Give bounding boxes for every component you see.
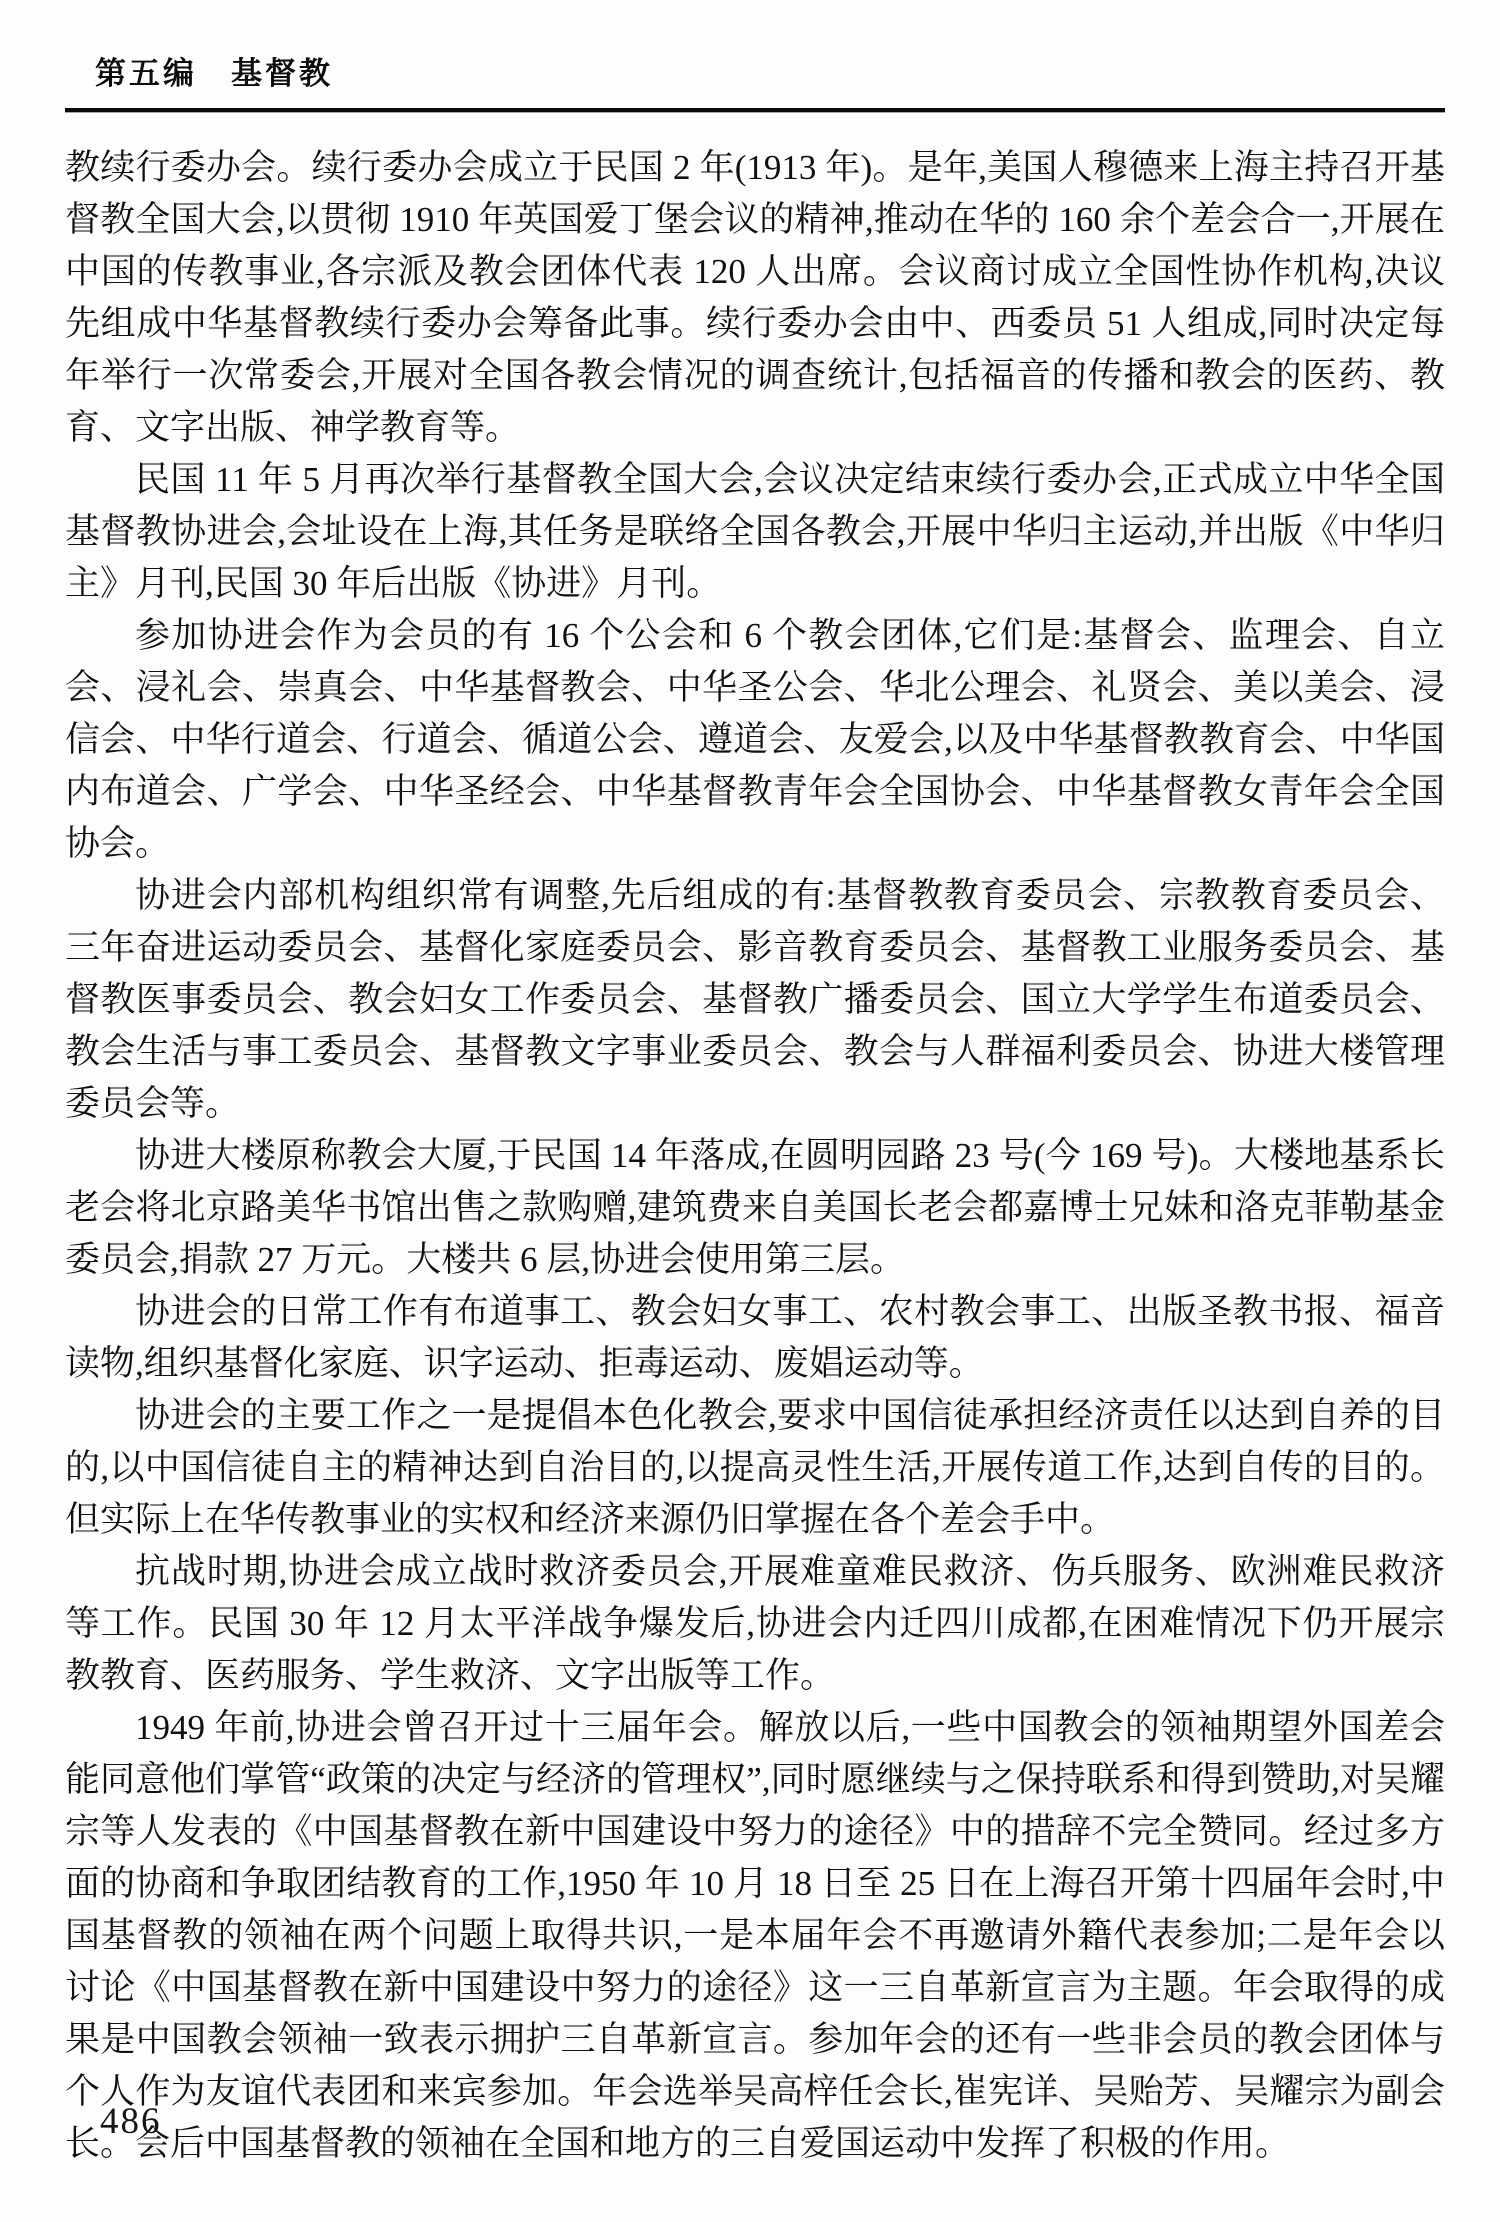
- page-number: 486: [100, 2100, 162, 2143]
- paragraph-continuation: 教续行委办会。续行委办会成立于民国 2 年(1913 年)。是年,美国人穆德来上…: [65, 142, 1445, 454]
- paragraph: 协进大楼原称教会大厦,于民国 14 年落成,在圆明园路 23 号(今 169 号…: [65, 1130, 1445, 1286]
- paragraph: 1949 年前,协进会曾召开过十三届年会。解放以后,一些中国教会的领袖期望外国差…: [65, 1702, 1445, 2170]
- paragraph: 协进会内部机构组织常有调整,先后组成的有:基督教教育委员会、宗教教育委员会、三年…: [65, 870, 1445, 1130]
- paragraph: 民国 11 年 5 月再次举行基督教全国大会,会议决定结束续行委办会,正式成立中…: [65, 454, 1445, 610]
- book-page: 第五编 基督教 教续行委办会。续行委办会成立于民国 2 年(1913 年)。是年…: [0, 0, 1500, 2222]
- paragraph: 协进会的日常工作有布道事工、教会妇女事工、农村教会事工、出版圣教书报、福音读物,…: [65, 1286, 1445, 1390]
- running-header-title: 第五编 基督教: [95, 56, 1445, 93]
- header-rule: [65, 108, 1445, 112]
- paragraph: 协进会的主要工作之一是提倡本色化教会,要求中国信徒承担经济责任以达到自养的目的,…: [65, 1390, 1445, 1546]
- paragraph: 抗战时期,协进会成立战时救济委员会,开展难童难民救济、伤兵服务、欧洲难民救济等工…: [65, 1546, 1445, 1702]
- page-body: 教续行委办会。续行委办会成立于民国 2 年(1913 年)。是年,美国人穆德来上…: [65, 142, 1445, 2170]
- paragraph: 参加协进会作为会员的有 16 个公会和 6 个教会团体,它们是:基督会、监理会、…: [65, 610, 1445, 870]
- page-header: 第五编 基督教: [65, 56, 1445, 112]
